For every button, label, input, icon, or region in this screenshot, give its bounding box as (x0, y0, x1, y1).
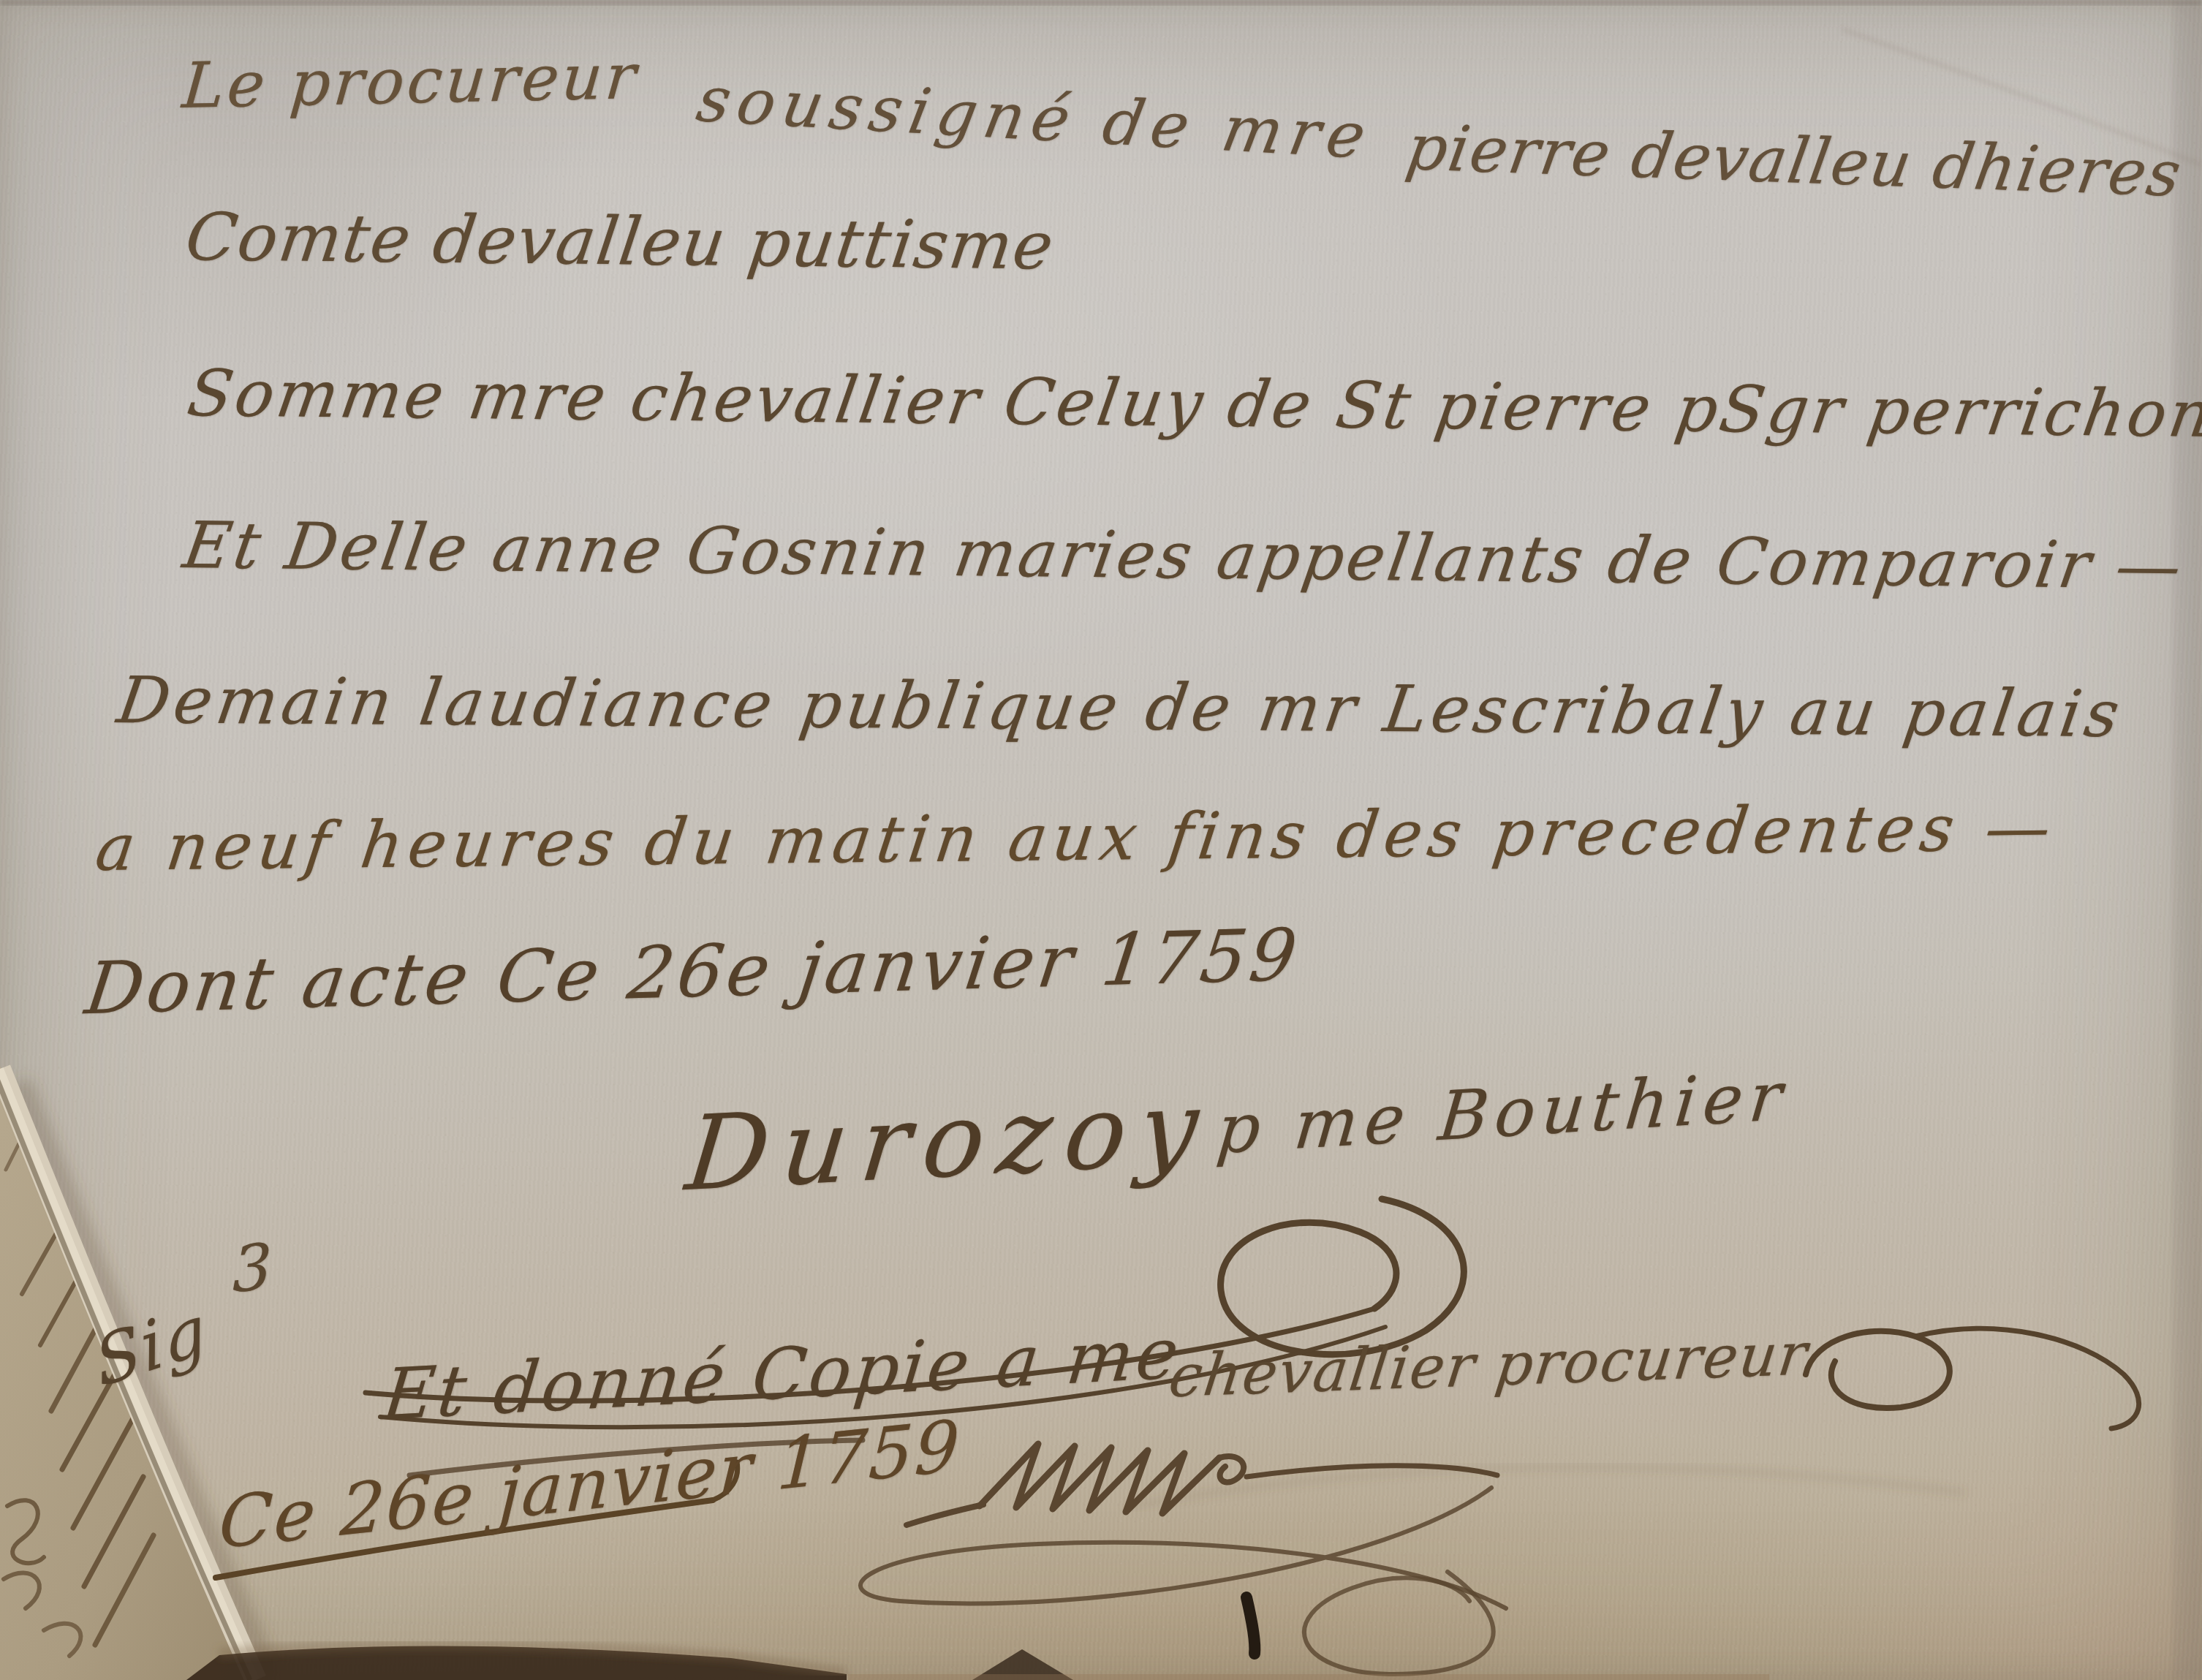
scrawl-underloop-1 (860, 1488, 1506, 1608)
manuscript-line-1-left: Le procureur (180, 40, 642, 123)
scrawl-o (1219, 1456, 1244, 1482)
right-edge-shade (2173, 0, 2202, 1680)
scrawl-lead (907, 1505, 983, 1525)
margin-mark: 3 (232, 1230, 272, 1307)
paraph-circle (1806, 1331, 1950, 1408)
manuscript-line-2: Comte devalleu puttisme (181, 199, 1059, 284)
manuscript-line-5: Demain laudiance publique de mr Lescriba… (113, 662, 2128, 752)
scrawl-loops (980, 1444, 1219, 1513)
top-edge-shade (0, 0, 2202, 5)
bottom-edge-line (848, 1674, 1769, 1680)
paraph-loop (1221, 1199, 1464, 1355)
procureur-paraph (1806, 1328, 2139, 1429)
manuscript-photo: Le procureur soussigné de mre pierre dev… (0, 0, 2202, 1680)
scrawl-underloop-2 (1304, 1572, 1494, 1674)
crease-bottom-right (1126, 1467, 1965, 1507)
bottom-edge-shadow (186, 1645, 1769, 1680)
ink-blot (1246, 1597, 1255, 1654)
